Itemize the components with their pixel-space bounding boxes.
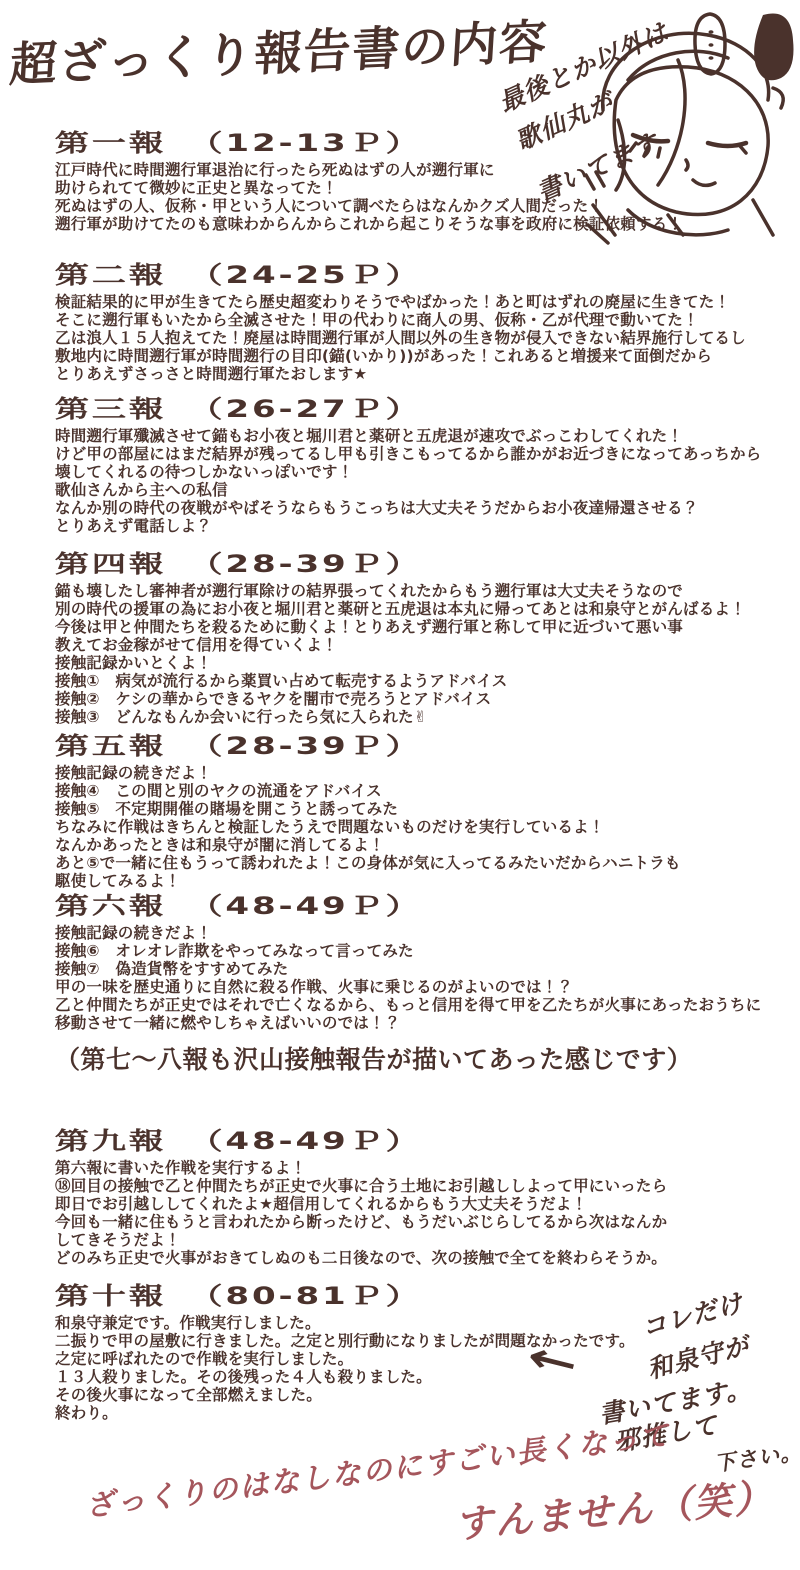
report-line: 歌仙さんから主への私信 [55, 481, 795, 499]
section-heading: 第五報（28-39Ｐ） [55, 731, 800, 761]
report-line: 敷地内に時間遡行軍が時間遡行の目印(錨(いかり))があった！これあると増援来て面… [55, 347, 795, 365]
report-line: 接触② ケシの華からできるヤクを闇市で売ろうとアドバイス [55, 690, 795, 708]
section-title: 第二報 [55, 261, 166, 289]
report-line: してきそうだよ！ [55, 1231, 795, 1249]
report-line: 死ぬはずの人、仮称・甲という人について調べたらはなんかクズ人間だった！ [55, 197, 795, 215]
report-section: 第三報（26-27Ｐ） 時間遡行軍殲滅させて錨もお小夜と堀川君と薬研と五虎退が速… [55, 394, 795, 535]
report-line: 時間遡行軍殲滅させて錨もお小夜と堀川君と薬研と五虎退が速攻でぶっこわしてくれた！ [55, 427, 795, 445]
section-title: 第十報 [55, 1282, 166, 1310]
report-line: 検証結果的に甲が生きてたら歴史超変わりそうでやばかった！あと町はずれの廃屋に生き… [55, 293, 795, 311]
section-body: 接触記録の続きだよ！接触④ この間と別のヤクの流通をアドバイス接触⑤ 不定期開催… [55, 764, 795, 890]
section-body: 接触記録の続きだよ！接触⑥ オレオレ詐欺をやってみなって言ってみた接触⑦ 偽造貨… [55, 924, 795, 1032]
report-line: 教えてお金稼がせて信用を得ていくよ！ [55, 636, 795, 654]
report-line: 移動させて一緒に燃やしちゃえばいいのでは！？ [55, 1014, 795, 1032]
section-pages: （28-39Ｐ） [188, 550, 422, 578]
report-line: 壊してくれるの待つしかないっぽいです！ [55, 463, 795, 481]
section-title: 第一報 [55, 129, 166, 157]
report-line: 甲の一味を歴史通りに自然に殺る作戦、火事に乗じるのがよいのでは！？ [55, 978, 795, 996]
report-section: 第五報（28-39Ｐ） 接触記録の続きだよ！接触④ この間と別のヤクの流通をアド… [55, 731, 795, 890]
report-line: 今後は甲と仲間たちを殺るために動くよ！とりあえず遡行軍と称して甲に近づいて悪い事 [55, 618, 795, 636]
section-pages: （12-13Ｐ） [188, 129, 422, 157]
report-summary-page: 超ざっくり報告書の内容 最後とか以外は 歌仙丸が 書いてます [0, 0, 800, 1570]
report-line: 遡行軍が助けてたのも意味わからんからこれから起こりそうな事を政府に検証依頼する！ [55, 215, 795, 233]
report-line: どのみち正史で火事がおきてしぬのも二日後なので、次の接触で全てを終わらそうか。 [55, 1249, 795, 1267]
report-line: 駆使してみるよ！ [55, 872, 795, 890]
report-line: 接触⑦ 偽造貨幣をすすめてみた [55, 960, 795, 978]
section-title: 第六報 [55, 892, 166, 920]
report-line: とりあえず電話しよ？ [55, 517, 795, 535]
report-line: あと⑤で一緒に住もうって誘われたよ！この身体が気に入ってるみたいだからハニトラも [55, 854, 795, 872]
section-heading: 第一報（12-13Ｐ） [55, 128, 800, 158]
report-line: とりあえずさっさと時間遡行軍たおします★ [55, 365, 795, 383]
section-heading: 第四報（28-39Ｐ） [55, 549, 800, 579]
section-pages: （48-49Ｐ） [188, 892, 422, 920]
report-line: 接触① 病気が流行るから薬買い占めて転売するようアドバイス [55, 672, 795, 690]
section-pages: （26-27Ｐ） [188, 395, 422, 423]
section-body: 江戸時代に時間遡行軍退治に行ったら死ぬはずの人が遡行軍に助けられてて微妙に正史と… [55, 161, 795, 233]
report-section: 第九報（48-49Ｐ） 第六報に書いた作戦を実行するよ！⑱回目の接触で乙と仲間た… [55, 1126, 795, 1267]
section-heading: 第三報（26-27Ｐ） [55, 394, 800, 424]
report-line: 錨も壊したし審神者が遡行軍除けの結界張ってくれたからもう遡行軍は大丈夫そうなので [55, 582, 795, 600]
section-title: 第四報 [55, 550, 166, 578]
report-section: 第二報（24-25Ｐ） 検証結果的に甲が生きてたら歴史超変わりそうでやばかった！… [55, 260, 795, 383]
report-line: 江戸時代に時間遡行軍退治に行ったら死ぬはずの人が遡行軍に [55, 161, 795, 179]
report-section: 第四報（28-39Ｐ） 錨も壊したし審神者が遡行軍除けの結界張ってくれたからもう… [55, 549, 795, 726]
report-line: 乙と仲間たちが正史ではそれで亡くなるから、もっと信用を得て甲を乙たちが火事にあっ… [55, 996, 795, 1014]
interlude-text: （第七〜八報も沢山接触報告が描いてあった感じです） [55, 1045, 692, 1074]
section-body: 検証結果的に甲が生きてたら歴史超変わりそうでやばかった！あと町はずれの廃屋に生き… [55, 293, 795, 383]
section-pages: （28-39Ｐ） [188, 732, 422, 760]
report-line: そこに遡行軍もいたから全滅させた！甲の代わりに商人の男、仮称・乙が代理で動いてた… [55, 311, 795, 329]
report-line: ⑱回目の接触で乙と仲間たちが正史で火事に合う土地にお引越ししよって甲にいったら [55, 1177, 795, 1195]
report-line: 接触⑥ オレオレ詐欺をやってみなって言ってみた [55, 942, 795, 960]
report-line: 助けられてて微妙に正史と異なってた！ [55, 179, 795, 197]
report-line: 接触記録かいとくよ！ [55, 654, 795, 672]
report-line: 接触④ この間と別のヤクの流通をアドバイス [55, 782, 795, 800]
report-line: 第六報に書いた作戦を実行するよ！ [55, 1159, 795, 1177]
section-pages: （48-49Ｐ） [188, 1127, 422, 1155]
section-title: 第三報 [55, 395, 166, 423]
report-line: なんかあったときは和泉守が闇に消してるよ！ [55, 836, 795, 854]
section-body: 第六報に書いた作戦を実行するよ！⑱回目の接触で乙と仲間たちが正史で火事に合う土地… [55, 1159, 795, 1267]
report-line: 接触記録の続きだよ！ [55, 924, 795, 942]
report-line: なんか別の時代の夜戦がやばそうならもうこっちは大丈夫そうだからお小夜達帰還させる… [55, 499, 795, 517]
report-line: 別の時代の援軍の為にお小夜と堀川君と薬研と五虎退は本丸に帰ってあとは和泉守とがん… [55, 600, 795, 618]
section-body: 時間遡行軍殲滅させて錨もお小夜と堀川君と薬研と五虎退が速攻でぶっこわしてくれた！… [55, 427, 795, 535]
report-section: 第一報（12-13Ｐ） 江戸時代に時間遡行軍退治に行ったら死ぬはずの人が遡行軍に… [55, 128, 795, 233]
report-line: 接触⑤ 不定期開催の賭場を開こうと誘ってみた [55, 800, 795, 818]
interlude-note: （第七〜八報も沢山接触報告が描いてあった感じです） [55, 1044, 795, 1076]
section-heading: 第六報（48-49Ｐ） [55, 891, 800, 921]
section-body: 錨も壊したし審神者が遡行軍除けの結界張ってくれたからもう遡行軍は大丈夫そうなので… [55, 582, 795, 726]
report-line: けど甲の部屋にはまだ結界が残ってるし甲も引きこもってるから誰かがお近づきになって… [55, 445, 795, 463]
section-pages: （24-25Ｐ） [188, 261, 422, 289]
section-title: 第九報 [55, 1127, 166, 1155]
section-title: 第五報 [55, 732, 166, 760]
report-line: ちなみに作戦はきちんと検証したうえで問題ないものだけを実行しているよ！ [55, 818, 795, 836]
report-line: 接触記録の続きだよ！ [55, 764, 795, 782]
report-line: 接触③ どんなもんか会いに行ったら気に入られた✌ [55, 708, 795, 726]
section-heading: 第二報（24-25Ｐ） [55, 260, 800, 290]
report-line: 即日でお引越ししてくれたよ★超信用してくれるからもう大丈夫そうだよ！ [55, 1195, 795, 1213]
report-line: 乙は浪人１５人抱えてた！廃屋は時間遡行軍が人間以外の生き物が侵入できない結界施行… [55, 329, 795, 347]
section-pages: （80-81Ｐ） [188, 1282, 422, 1310]
section-heading: 第九報（48-49Ｐ） [55, 1126, 800, 1156]
report-section: 第六報（48-49Ｐ） 接触記録の続きだよ！接触⑥ オレオレ詐欺をやってみなって… [55, 891, 795, 1032]
report-line: 今回も一緒に住もうと言われたから断ったけど、もうだいぶじらしてるから次はなんか [55, 1213, 795, 1231]
